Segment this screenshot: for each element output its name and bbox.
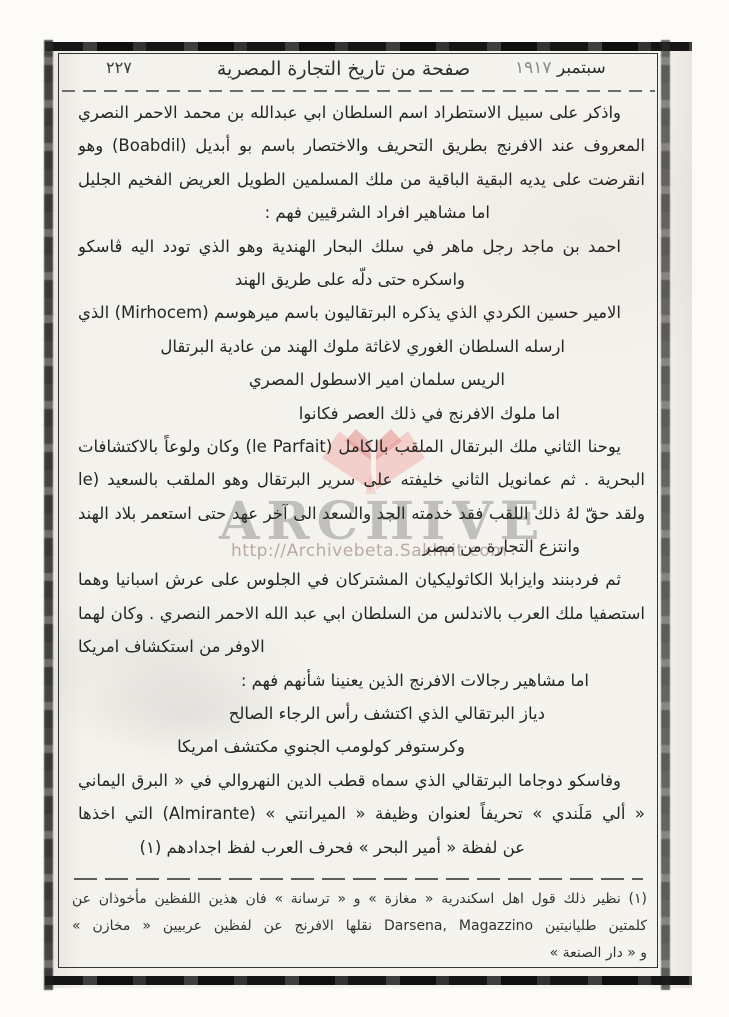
footnote-line: (١) نظير ذلك قول اهل اسكندرية « مغازة » … <box>72 886 647 913</box>
page-title: صفحة من تاريخ التجارة المصرية <box>202 58 485 80</box>
body-line: وفاسكو دوجاما البرتقالي الذي سماه قطب ال… <box>78 764 645 797</box>
body-line: وكرستوفر كولومب الجنوي مكتشف امريكا <box>78 730 465 763</box>
body-line: اما مشاهير رجالات الافرنج الذين يعنينا ش… <box>78 664 589 697</box>
issue-date: سبتمبر ١٩١٧ <box>485 58 655 78</box>
body-line: المعروف عند الافرنج بطريق التحريف والاخت… <box>78 129 645 162</box>
body-line: يوحنا الثاني ملك البرتقال الملقب بالكامل… <box>78 430 645 463</box>
body-line: ثم فردبنند وايزابلا الكاثوليكيان المشترك… <box>78 563 645 596</box>
body-line: الريس سلمان امير الاسطول المصري <box>78 363 505 396</box>
header-divider-rule <box>62 90 655 92</box>
body-line: واذكر على سبيل الاستطراد اسم السلطان ابي… <box>78 96 645 129</box>
body-text: واذكر على سبيل الاستطراد اسم السلطان ابي… <box>78 96 645 864</box>
right-scan-edge <box>661 40 670 990</box>
body-line: وانتزع التجارة من مصر <box>78 530 580 563</box>
body-line: واسكره حتى دلّه على طريق الهند <box>78 263 465 296</box>
footnote-line: و « دار الصنعة » <box>72 940 647 967</box>
page-header: ٢٢٧ صفحة من تاريخ التجارة المصرية سبتمبر… <box>62 58 655 88</box>
body-line: الاوفر من استكشاف امريكا <box>78 630 645 663</box>
left-scan-edge <box>44 40 53 990</box>
body-line: « ألي مَلَندي » تحريفاً لعنوان وظيفة « ا… <box>78 797 645 830</box>
page-number: ٢٢٧ <box>62 58 202 77</box>
scanned-page: ٢٢٧ صفحة من تاريخ التجارة المصرية سبتمبر… <box>0 0 729 1017</box>
issue-year: ١٩١٧ <box>515 58 552 78</box>
body-line: اما ملوك الافرنج في ذلك العصر فكانوا <box>78 397 560 430</box>
body-line: دياز البرتقالي الذي اكتشف رأس الرجاء الص… <box>78 697 545 730</box>
body-line: اما مشاهير افراد الشرقيين فهم : <box>78 196 490 229</box>
body-line: عن لفظة « أمير البحر » فحرف العرب لفظ اج… <box>78 831 525 864</box>
body-line: ولقد حقّ لهُ ذلك اللقب فقد خدمته الجد وا… <box>78 497 645 530</box>
issue-month: سبتمبر <box>557 58 606 78</box>
body-line: استصفيا ملك العرب بالاندلس من السلطان اب… <box>78 597 645 630</box>
bottom-border-band <box>45 976 692 985</box>
top-border-band <box>45 42 692 51</box>
footnote-line: كلمتين طليانيتين Darsena, Magazzino نقله… <box>72 913 647 940</box>
body-line: احمد بن ماجد رجل ماهر في سلك البحار الهن… <box>78 230 645 263</box>
body-line: البحرية . ثم عمانويل الثاني خليفته على س… <box>78 463 645 496</box>
body-line: الامير حسين الكردي الذي يذكره البرتقاليو… <box>78 296 645 329</box>
body-line: انقرضت على يديه البقية الباقية من ملك ال… <box>78 163 645 196</box>
body-line: ارسله السلطان الغوري لاغاثة ملوك الهند م… <box>78 330 565 363</box>
footnote-text: (١) نظير ذلك قول اهل اسكندرية « مغازة » … <box>72 886 647 967</box>
footnote-divider-rule <box>74 878 643 880</box>
